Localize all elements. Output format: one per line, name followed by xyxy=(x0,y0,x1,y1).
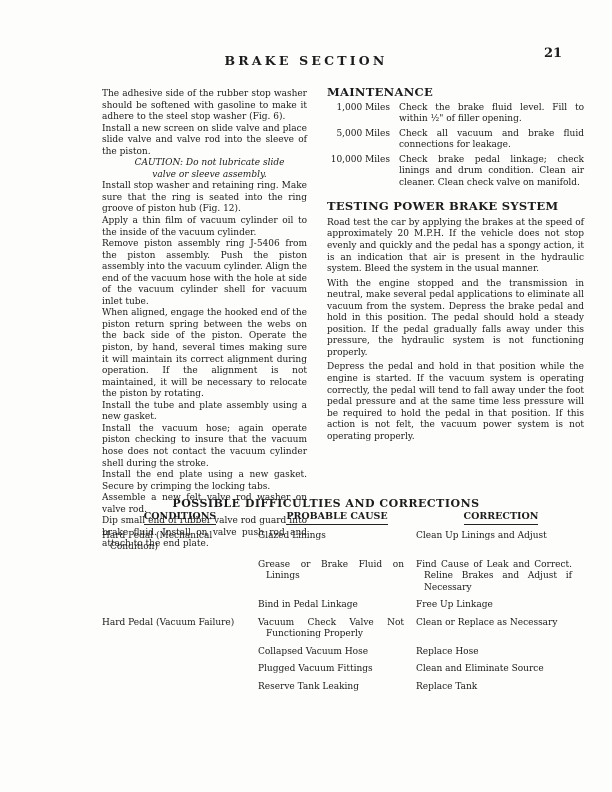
column-header-cause: PROBABLE CAUSE xyxy=(286,511,387,525)
column-header-conditions: CONDITIONS xyxy=(144,511,217,525)
maintenance-miles: 1,000 Miles xyxy=(327,103,399,126)
condition-cell xyxy=(102,600,258,612)
correction-cell: Free Up Linkage xyxy=(416,600,586,612)
cause-cell: Bind in Pedal Linkage xyxy=(258,600,416,612)
correction-cell: Clean or Replace as Necessary xyxy=(416,618,586,641)
paragraph: Install the tube and plate assembly usin… xyxy=(102,401,307,424)
cause-cell: Grease or Brake Fluid on Linings xyxy=(258,560,416,595)
table-row: Grease or Brake Fluid on LiningsFind Cau… xyxy=(102,560,586,595)
paragraph: Depress the pedal and hold in that posit… xyxy=(327,362,584,443)
table-row: Reserve Tank LeakingReplace Tank xyxy=(102,682,586,694)
maintenance-item: 5,000 Miles Check all vacuum and brake f… xyxy=(327,129,584,152)
maintenance-task: Check the brake fluid level. Fill to wit… xyxy=(399,103,584,126)
paragraph: Install the end plate using a new gasket… xyxy=(102,470,307,493)
condition-cell xyxy=(102,664,258,676)
table-header: CONDITIONS PROBABLE CAUSE CORRECTION xyxy=(102,511,586,525)
testing-heading: TESTING POWER BRAKE SYSTEM xyxy=(327,201,584,213)
difficulties-table: CONDITIONS PROBABLE CAUSE CORRECTION Har… xyxy=(102,511,586,700)
paragraph: When aligned, engage the hooked end of t… xyxy=(102,308,307,400)
table-row: Collapsed Vacuum HoseReplace Hose xyxy=(102,647,586,659)
cause-cell: Reserve Tank Leaking xyxy=(258,682,416,694)
correction-cell: Replace Hose xyxy=(416,647,586,659)
left-column: The adhesive side of the rubber stop was… xyxy=(102,89,307,551)
condition-cell: Hard Pedal (Mechanical Condition) xyxy=(102,531,258,554)
maintenance-heading: MAINTENANCE xyxy=(327,87,584,99)
condition-cell xyxy=(102,647,258,659)
section-title: BRAKE SECTION xyxy=(0,53,612,68)
table-row: Bind in Pedal LinkageFree Up Linkage xyxy=(102,600,586,612)
maintenance-task: Check all vacuum and brake fluid connect… xyxy=(399,129,584,152)
maintenance-item: 1,000 Miles Check the brake fluid level.… xyxy=(327,103,584,126)
maintenance-item: 10,000 Miles Check brake pedal linkage; … xyxy=(327,155,584,190)
paragraph: Road test the car by applying the brakes… xyxy=(327,218,584,276)
table-row: Hard Pedal (Vacuum Failure)Vacuum Check … xyxy=(102,618,586,641)
paragraph: Apply a thin film of vacuum cylinder oil… xyxy=(102,216,307,239)
condition-cell: Hard Pedal (Vacuum Failure) xyxy=(102,618,258,641)
column-header-correction: CORRECTION xyxy=(464,511,539,525)
paragraph: The adhesive side of the rubber stop was… xyxy=(102,89,307,124)
table-row: Plugged Vacuum FittingsClean and Elimina… xyxy=(102,664,586,676)
paragraph: Install stop washer and retaining ring. … xyxy=(102,181,307,216)
condition-cell xyxy=(102,682,258,694)
table-row: Hard Pedal (Mechanical Condition)Glazed … xyxy=(102,531,586,554)
right-column: MAINTENANCE 1,000 Miles Check the brake … xyxy=(327,87,584,446)
maintenance-miles: 5,000 Miles xyxy=(327,129,399,152)
caution-note: CAUTION: Do not lubricate slide valve or… xyxy=(102,158,307,181)
difficulties-title: POSSIBLE DIFFICULTIES AND CORRECTIONS xyxy=(0,497,612,510)
cause-cell: Collapsed Vacuum Hose xyxy=(258,647,416,659)
cause-cell: Glazed Linings xyxy=(258,531,416,554)
condition-cell xyxy=(102,560,258,595)
maintenance-task: Check brake pedal linkage; check linings… xyxy=(399,155,584,190)
paragraph: With the engine stopped and the transmis… xyxy=(327,279,584,360)
correction-cell: Replace Tank xyxy=(416,682,586,694)
paragraph: Remove piston assembly ring J-5406 from … xyxy=(102,239,307,308)
cause-cell: Vacuum Check Valve Not Functioning Prope… xyxy=(258,618,416,641)
correction-cell: Clean and Eliminate Source xyxy=(416,664,586,676)
cause-cell: Plugged Vacuum Fittings xyxy=(258,664,416,676)
paragraph: Install a new screen on slide valve and … xyxy=(102,124,307,159)
maintenance-miles: 10,000 Miles xyxy=(327,155,399,190)
correction-cell: Find Cause of Leak and Correct. Reline B… xyxy=(416,560,586,595)
paragraph: Install the vacuum hose; again operate p… xyxy=(102,424,307,470)
correction-cell: Clean Up Linings and Adjust xyxy=(416,531,586,554)
